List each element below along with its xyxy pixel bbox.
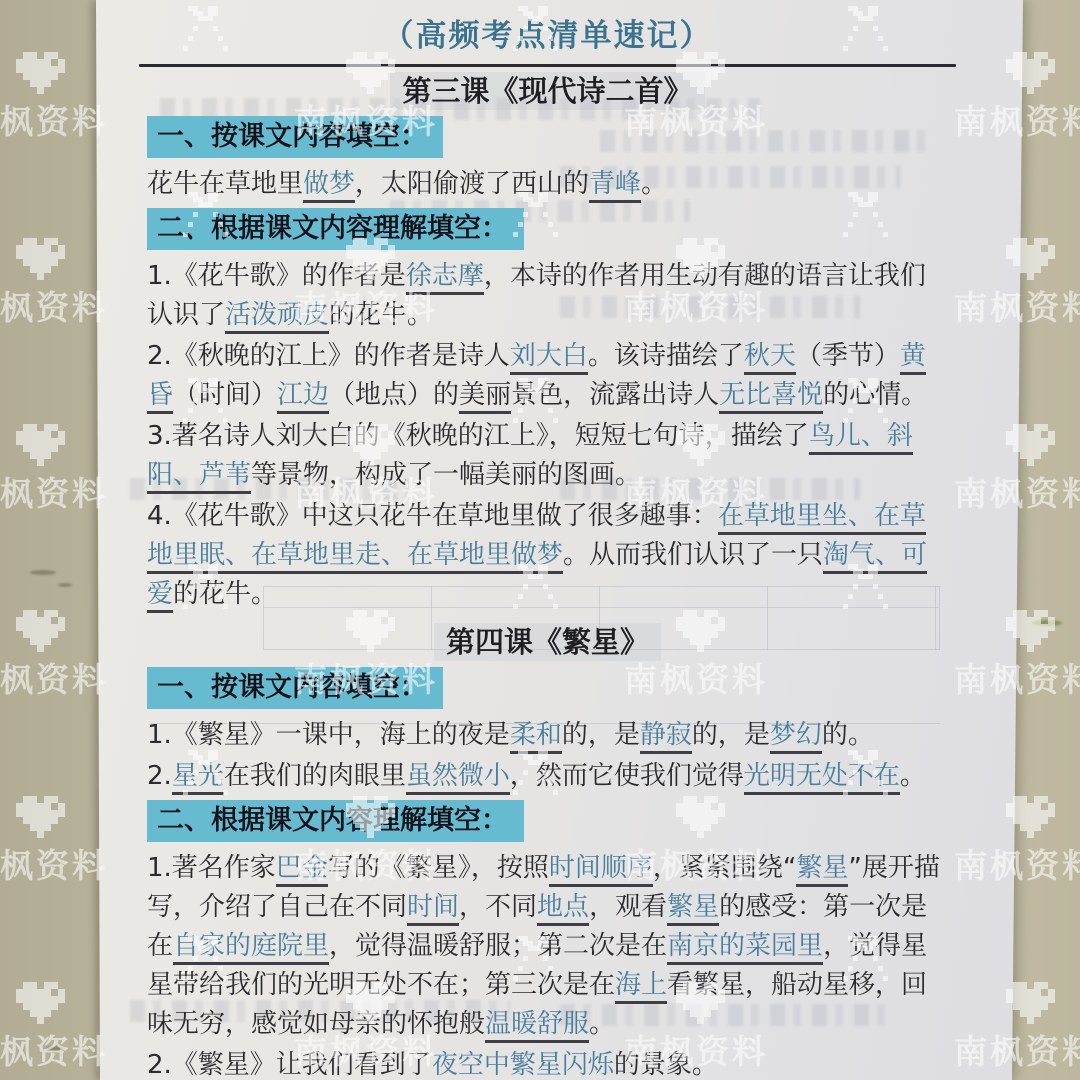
text-run: ，紧紧围绕“ — [653, 853, 796, 883]
answer-blank: 自家的庭院里 — [173, 931, 329, 965]
text-run: 景色，流露出诗人 — [511, 380, 719, 410]
text-run: 3.著名诗人刘大白的《秋晚的江上》，短短七句诗，描绘了 — [147, 421, 809, 451]
answer-blank: 青峰 — [589, 169, 641, 203]
answer-blank: 柔和 — [510, 720, 562, 754]
section1-title: 第三课《现代诗二首》 — [147, 72, 948, 110]
answer-blank: 虽然微小 — [406, 761, 510, 795]
page-content: （高频考点清单速记） 第三课《现代诗二首》 一、按课文内容填空： 花牛在草地里做… — [147, 12, 948, 1080]
answer-blank: 时间 — [407, 892, 459, 926]
photo-scene: （高频考点清单速记） 第三课《现代诗二首》 一、按课文内容填空： 花牛在草地里做… — [0, 0, 1080, 1080]
text-run: 。从而我们认识了一只 — [563, 540, 823, 570]
answer-blank: 无比喜悦 — [719, 380, 823, 414]
text-run: 花牛在草地里 — [147, 169, 303, 199]
text-run: （时间） — [173, 380, 277, 410]
answer-blank: 活泼顽皮 — [225, 300, 329, 334]
section1-title-text: 第三课《现代诗二首》 — [390, 72, 704, 110]
text-run: 等景物，构成了一幅美丽的图画。 — [251, 460, 641, 490]
answer-blank: 徐志摩 — [406, 261, 484, 295]
text-run: 。 — [900, 761, 926, 791]
answer-blank: 秋天 — [744, 341, 796, 375]
text-run: 。 — [589, 1009, 615, 1039]
question-4: 2.《繁星》让我们看到了夜空中繁星闪烁的景象。 — [147, 1046, 948, 1080]
answer-blank: 繁星 — [667, 892, 719, 926]
answer-blank: 时间顺序 — [549, 853, 653, 887]
text-run: 1.《花牛歌》的作者是 — [147, 261, 406, 291]
text-run: 2. — [147, 761, 172, 791]
text-run: ，不同 — [459, 892, 537, 922]
answer-blank: 光明无处不在 — [744, 761, 900, 795]
text-run: 的心情。 — [823, 380, 927, 410]
answer-blank: 做梦 — [303, 169, 355, 203]
text-run: ，观看 — [589, 892, 667, 922]
text-run: 的景象。 — [614, 1050, 718, 1080]
answer-blank: 地点 — [537, 892, 589, 926]
text-run: 1.《繁星》一课中，海上的夜是 — [147, 720, 510, 750]
underlined-word: 美丽 — [459, 380, 511, 414]
answer-blank: 繁星 — [796, 853, 848, 887]
answer-blank: 梦幻 — [770, 720, 822, 754]
text-run: 的花牛。 — [173, 579, 277, 609]
text-run: 。 — [641, 169, 667, 199]
text-run: ，然而它使我们觉得 — [510, 761, 744, 791]
text-run: 2.《秋晚的江上》的作者是诗人 — [147, 341, 510, 371]
answer-blank: 巴金 — [276, 853, 328, 887]
answer-blank: 江边 — [277, 380, 329, 414]
divider-rule — [139, 64, 956, 67]
text-run: 的，是 — [562, 720, 640, 750]
text-run: ，觉得温暖舒服；第二次是在 — [329, 931, 667, 961]
question-2: 2.《秋晚的江上》的作者是诗人刘大白。该诗描绘了秋天（季节）黄昏（时间）江边（地… — [147, 337, 948, 415]
text-run: （季节） — [796, 341, 900, 371]
text-run: 。该诗描绘了 — [588, 341, 744, 371]
answer-blank: 夜空中繁星闪烁 — [432, 1050, 614, 1080]
section1-subheading-2: 二、根据课文内容理解填空： — [147, 208, 524, 250]
section1-subheading-1: 一、按课文内容填空： — [147, 116, 443, 158]
text-run: ，太阳偷渡了西山的 — [355, 169, 589, 199]
text-run: 的花牛。 — [329, 300, 433, 330]
question-3: 3.著名诗人刘大白的《秋晚的江上》，短短七句诗，描绘了鸟儿、斜阳、芦苇等景物，构… — [147, 417, 948, 495]
section2-title: 第四课《繁星》 — [147, 623, 948, 661]
question-4: 4.《花牛歌》中这只花牛在草地里做了很多趣事：在草地里坐、在草地里眠、在草地里走… — [147, 497, 948, 614]
paper-shadow: （高频考点清单速记） 第三课《现代诗二首》 一、按课文内容填空： 花牛在草地里做… — [0, 0, 1080, 1080]
section2-title-text: 第四课《繁星》 — [434, 623, 661, 661]
worksheet-page: （高频考点清单速记） 第三课《现代诗二首》 一、按课文内容填空： 花牛在草地里做… — [0, 0, 1080, 1080]
answer-blank: 静寂 — [640, 720, 692, 754]
answer-blank: 海上 — [615, 970, 667, 1004]
answer-blank: 温暖舒服 — [485, 1009, 589, 1043]
answer-blank: 刘大白 — [510, 341, 588, 375]
text-run: 2.《繁星》让我们看到了 — [147, 1050, 432, 1080]
text-run: 1.著名作家 — [147, 853, 276, 883]
fill-in-sentence: 花牛在草地里做梦，太阳偷渡了西山的青峰。 — [147, 165, 948, 204]
page-title: （高频考点清单速记） — [147, 16, 948, 56]
text-run: 的。 — [822, 720, 874, 750]
text-run: 的，是 — [692, 720, 770, 750]
question-2: 2.星光在我们的肉眼里虽然微小，然而它使我们觉得光明无处不在。 — [147, 757, 948, 796]
text-run: 4.《花牛歌》中这只花牛在草地里做了很多趣事： — [147, 501, 718, 531]
answer-blank: 星光 — [172, 761, 224, 795]
answer-blank: 南京的菜园里 — [667, 931, 823, 965]
text-run: （地点）的 — [329, 380, 459, 410]
question-3: 1.著名作家巴金写的《繁星》，按照时间顺序，紧紧围绕“繁星”展开描写，介绍了自己… — [147, 849, 948, 1044]
text-run: 写的《繁星》，按照 — [328, 853, 549, 883]
text-run: 在我们的肉眼里 — [224, 761, 406, 791]
question-1: 1.《花牛歌》的作者是徐志摩，本诗的作者用生动有趣的语言让我们认识了活泼顽皮的花… — [147, 257, 948, 335]
section2-subheading-2: 二、根据课文内容理解填空： — [147, 800, 524, 842]
question-1: 1.《繁星》一课中，海上的夜是柔和的，是静寂的，是梦幻的。 — [147, 716, 948, 755]
section2-subheading-1: 一、按课文内容填空： — [147, 667, 443, 709]
